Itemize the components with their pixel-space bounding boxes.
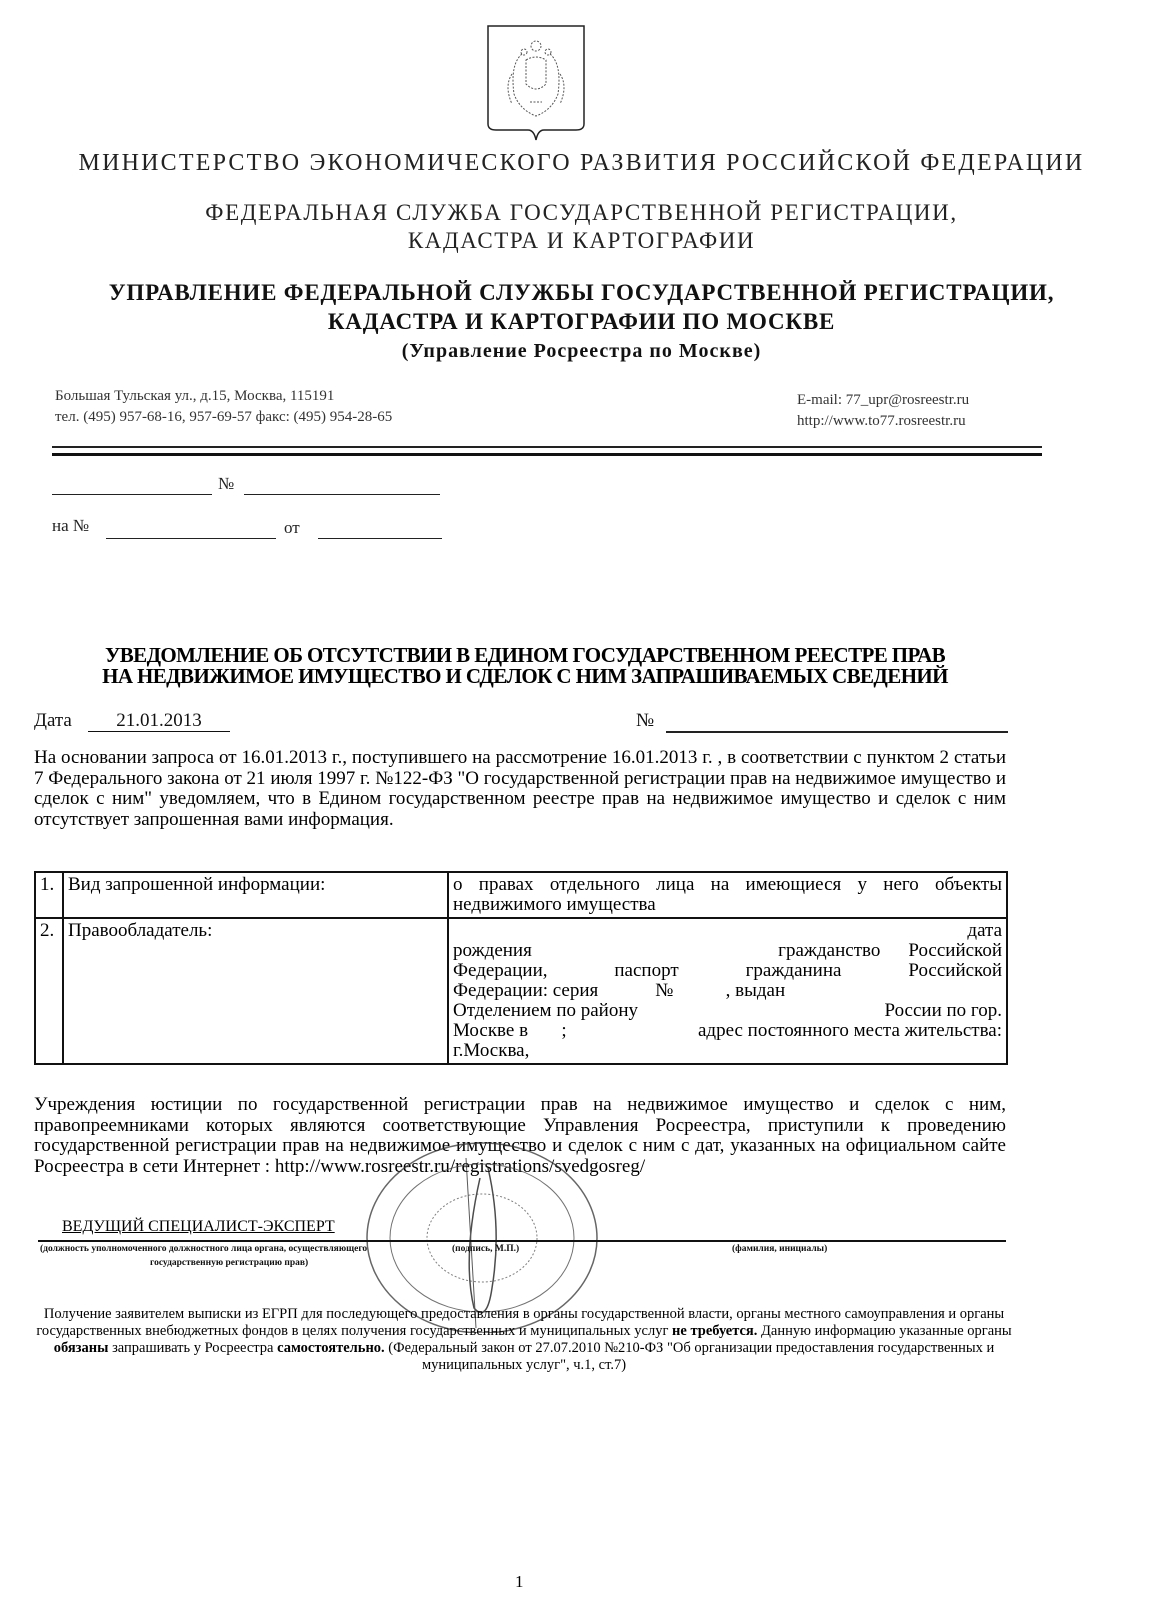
from-label: от	[284, 518, 300, 538]
row-value: о правах отдельного лица на имеющиеся у …	[448, 872, 1007, 918]
footnote-emphasis: обязаны	[54, 1340, 109, 1356]
header-divider-thick	[52, 453, 1042, 456]
document-title-line1: УВЕДОМЛЕНИЕ ОБ ОТСУТСТВИИ В ЕДИНОМ ГОСУД…	[30, 645, 1020, 666]
email: E-mail: 77_upr@rosreestr.ru	[797, 390, 969, 411]
phones: тел. (495) 957-68-16, 957-69-57 факс: (4…	[55, 407, 392, 428]
table-row: 1. Вид запрошенной информации: о правах …	[35, 872, 1007, 918]
row-number: 1.	[35, 872, 63, 918]
department-name-line1: УПРАВЛЕНИЕ ФЕДЕРАЛЬНОЙ СЛУЖБЫ ГОСУДАРСТВ…	[0, 280, 1163, 306]
owner-line: Отделением по районуРоссии по гор.	[453, 1001, 1002, 1021]
footnote-text: Данную информацию указанные органы	[761, 1323, 1012, 1339]
outgoing-number-label: №	[218, 474, 234, 494]
position-caption: (должность уполномоченного должностного …	[40, 1244, 367, 1254]
document-title: УВЕДОМЛЕНИЕ ОБ ОТСУТСТВИИ В ЕДИНОМ ГОСУД…	[30, 645, 1020, 687]
ministry-name: МИНИСТЕРСТВО ЭКОНОМИЧЕСКОГО РАЗВИТИЯ РОС…	[0, 150, 1163, 177]
reply-to-date-field[interactable]	[318, 538, 442, 539]
service-name-line2: КАДАСТРА И КАРТОГРАФИИ	[0, 228, 1163, 254]
page-number: 1	[515, 1572, 524, 1592]
date-label: Дата	[34, 710, 72, 732]
footnote: Получение заявителем выписки из ЕГРП для…	[34, 1306, 1014, 1374]
table-row: 2. Правообладатель: дата рожденияграждан…	[35, 918, 1007, 1064]
notification-body: На основании запроса от 16.01.2013 г., п…	[34, 748, 1006, 830]
outgoing-date-field[interactable]	[52, 494, 212, 495]
row-label: Правообладатель:	[63, 918, 448, 1064]
owner-line: рождениягражданствоРоссийской	[453, 941, 1002, 961]
document-title-line2: НА НЕДВИЖИМОЕ ИМУЩЕСТВО И СДЕЛОК С НИМ З…	[30, 666, 1020, 687]
footnote-emphasis: самостоятельно.	[277, 1340, 385, 1356]
owner-line: Федерации,паспортгражданинаРоссийской	[453, 961, 1002, 981]
document-number-label: №	[636, 710, 654, 732]
reply-to-number-field[interactable]	[106, 538, 276, 539]
owner-line: дата	[453, 921, 1002, 941]
footnote-emphasis: не требуется.	[672, 1323, 757, 1339]
coat-of-arms-icon	[486, 24, 586, 142]
owner-line: г.Москва,	[453, 1041, 1002, 1061]
owner-line: Москве в ;адрес постоянного места житель…	[453, 1021, 1002, 1041]
address-block: Большая Тульская ул., д.15, Москва, 1151…	[55, 386, 392, 428]
header-divider-thin	[52, 446, 1042, 448]
footnote-text: (Федеральный закон от 27.07.2010 №210-ФЗ…	[388, 1340, 994, 1373]
signature-caption: (подпись, М.П.)	[452, 1244, 519, 1254]
department-name-line2: КАДАСТРА И КАРТОГРАФИИ ПО МОСКВЕ	[0, 309, 1163, 335]
official-stamp-icon	[362, 1138, 607, 1333]
signature-line	[38, 1240, 1006, 1242]
address: Большая Тульская ул., д.15, Москва, 1151…	[55, 386, 392, 407]
name-caption: (фамилия, инициалы)	[732, 1244, 827, 1254]
info-table: 1. Вид запрошенной информации: о правах …	[34, 871, 1008, 1065]
document-number-field[interactable]	[666, 731, 1008, 733]
department-short-name: (Управление Росреестра по Москве)	[0, 340, 1163, 363]
reply-to-label: на №	[52, 516, 89, 536]
row-label: Вид запрошенной информации:	[63, 872, 448, 918]
row-value-owner: дата рождениягражданствоРоссийской Федер…	[448, 918, 1007, 1064]
outgoing-number-field[interactable]	[244, 494, 440, 495]
contact-block: E-mail: 77_upr@rosreestr.ru http://www.t…	[797, 390, 969, 432]
service-name-line1: ФЕДЕРАЛЬНАЯ СЛУЖБА ГОСУДАРСТВЕННОЙ РЕГИС…	[0, 200, 1163, 226]
position-caption-line2: государственную регистрацию прав)	[150, 1258, 308, 1268]
row-number: 2.	[35, 918, 63, 1064]
signatory-position: ВЕДУЩИЙ СПЕЦИАЛИСТ-ЭКСПЕРТ	[62, 1218, 335, 1236]
footnote-text: запрашивать у Росреестра	[112, 1340, 273, 1356]
website-link[interactable]: http://www.to77.rosreestr.ru	[797, 411, 969, 432]
date-value: 21.01.2013	[88, 710, 230, 732]
owner-line: Федерации: серия № , выдан	[453, 981, 1002, 1001]
